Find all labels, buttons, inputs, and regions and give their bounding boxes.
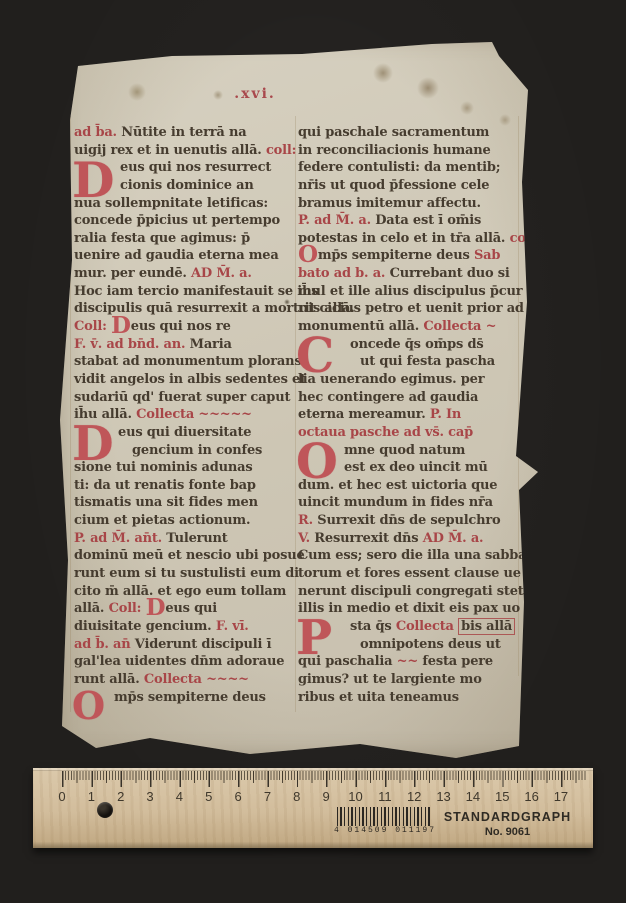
manuscript-line: F. v̄. ad bn̄d. an. Maria [74, 336, 296, 354]
ink-text: ti: da ut renatis fonte bap [74, 478, 256, 493]
rubric-text: col: [510, 231, 536, 246]
manuscript-line: dominū meū et nescio ubi posue [74, 547, 296, 565]
rubric-text: Collecta ~~~~ [144, 672, 249, 687]
ruler-number: 3 [146, 789, 153, 804]
ink-text: torum et fores essent clause ue [298, 566, 521, 581]
ink-text: Hoc iam tercio manifestauit se ih̄s [74, 284, 318, 299]
ink-text: potestas in celo et in tr̄a allā. [298, 231, 510, 246]
ruler-number: 1 [88, 789, 95, 804]
ruler-number: 13 [436, 789, 450, 804]
manuscript-line: gal'lea uidentes dn̄m adoraue [74, 653, 296, 671]
barcode [337, 807, 431, 826]
manuscript-line: runt eum si tu sustulisti eum di [74, 565, 296, 583]
rubric-text: P. ad M̄. a. [298, 213, 375, 228]
ruler-number: 8 [293, 789, 300, 804]
ink-text: est ex deo uincit mū [344, 460, 488, 475]
ink-text: diuisitate gencium. [74, 619, 216, 634]
ink-text: vidit angelos in albis sedentes et [74, 372, 306, 387]
rubric-text: ad b̄. an̄ [74, 637, 135, 652]
manuscript-line: bato ad b. a. Currebant duo si [298, 265, 520, 283]
manuscript-line: Deus qui nos resurrect [74, 159, 296, 177]
manuscript-line: mul et ille alius discipulus p̄cur [298, 283, 520, 301]
ink-text: lia uenerando egimus. per [298, 372, 484, 387]
rubric-text: ~~ [397, 654, 418, 669]
ink-text: mp̄s sempiterne deus [114, 690, 266, 705]
manuscript-line: cium et pietas actionum. [74, 512, 296, 530]
ink-text: nua sollempnitate letificas: [74, 196, 268, 211]
manuscript-line: hec contingere ad gaudia [298, 389, 520, 407]
manuscript-line: R. Surrexit dn̄s de sepulchro [298, 512, 520, 530]
manuscript-line: Omp̄s sempiterne deus Sab [298, 247, 520, 265]
ink-text: stabat ad monumentum plorans [74, 354, 302, 369]
ink-text: omnipotens deus ut [360, 637, 501, 652]
ruler-number: 16 [524, 789, 538, 804]
manuscript-line: cito m̄ allā. et ego eum tollam [74, 583, 296, 601]
ink-text: mul et ille alius discipulus p̄cur [298, 284, 522, 299]
rubric-text: ad b̄a. [74, 125, 121, 140]
ink-text: sione tui nominis adunas [74, 460, 253, 475]
ruler-number: 7 [264, 789, 271, 804]
manuscript-line: federe contulisti: da mentib; [298, 159, 520, 177]
ink-text: mur. per eundē. [74, 266, 191, 281]
ink-text: Maria [190, 337, 232, 352]
manuscript-line: torum et fores essent clause ue [298, 565, 520, 583]
ink-text: bramus imitemur affectu. [298, 196, 481, 211]
manuscript-line: Hoc iam tercio manifestauit se ih̄s [74, 283, 296, 301]
ink-text: mp̄s sempiterne deus [318, 248, 474, 263]
rubric-text: P. ad M̄. an̄t. [74, 531, 166, 546]
manuscript-line: lia uenerando egimus. per [298, 371, 520, 389]
manuscript-line: Coll: Deus qui nos re [74, 318, 296, 336]
manuscript-line: Cum ess; sero die illa una sabba [298, 547, 520, 565]
ink-text: gencium in confes [132, 443, 262, 458]
ink-text: ribus et uita teneamus [298, 690, 459, 705]
ink-text: festa pere [418, 654, 493, 669]
rubric-text: P. In [430, 407, 461, 422]
rubric-text: AD M̄. a. [191, 266, 252, 281]
ruler-number: 4 [176, 789, 183, 804]
manuscript-line: sione tui nominis adunas [74, 459, 296, 477]
ink-text: Resurrexit dn̄s [314, 531, 422, 546]
ruler-number: 6 [234, 789, 241, 804]
manuscript-line: Deus qui diuersitate [74, 424, 296, 442]
ruling-guide-line [70, 116, 71, 712]
manuscript-line: mur. per eundē. AD M̄. a. [74, 265, 296, 283]
manuscript-line: V. Resurrexit dn̄s AD M̄. a. [298, 530, 520, 548]
ink-text: Viderunt discipuli ī [135, 637, 272, 652]
ink-text: cito m̄ allā. et ego eum tollam [74, 584, 286, 599]
manuscript-line: gencium in confes [74, 442, 296, 460]
ink-text: Nūtite in terrā na [121, 125, 246, 140]
manuscript-line: concede p̄picius ut pertempo [74, 212, 296, 230]
ink-text: uenire ad gaudia eterna mea [74, 248, 279, 263]
ink-text: tismatis una sit fides men [74, 495, 258, 510]
manuscript-line: runt allā. Collecta ~~~~ [74, 671, 296, 689]
ink-text: cium et pietas actionum. [74, 513, 250, 528]
ruler-number: 17 [554, 789, 568, 804]
ink-text: eus qui nos re [131, 319, 231, 334]
manuscript-line: Psta q̄s Collecta bis allā [298, 618, 520, 636]
ink-text: eterna mereamur. [298, 407, 430, 422]
ink-text: allā. [74, 601, 109, 616]
ink-text: oncede q̄s om̄ps ds̄ [350, 337, 484, 352]
ink-text: eus qui nos resurrect [120, 160, 271, 175]
ruler-hanging-hole [97, 802, 113, 818]
manuscript-line: uenire ad gaudia eterna mea [74, 247, 296, 265]
ink-text: sta q̄s [350, 619, 396, 634]
ink-text: Currebant duo si [390, 266, 510, 281]
manuscript-line: in reconciliacionis humane [298, 142, 520, 160]
ruler-number: 14 [466, 789, 480, 804]
ruler-number: 11 [378, 789, 392, 804]
ink-text: eus qui [165, 601, 217, 616]
rubric-text: V. [298, 531, 314, 546]
manuscript-line: ti: da ut renatis fonte bap [74, 477, 296, 495]
manuscript-line: gimus? ut te largiente mo [298, 671, 520, 689]
ink-text: qui paschale sacramentum [298, 125, 489, 140]
ink-text: runt eum si tu sustulisti eum di [74, 566, 299, 581]
manuscript-line: est ex deo uincit mū [298, 459, 520, 477]
rubric-text: Sab [474, 248, 500, 263]
manuscript-line: qui paschalia ~~ festa pere [298, 653, 520, 671]
manuscript-line: ribus et uita teneamus [298, 689, 520, 707]
manuscript-line: potestas in celo et in tr̄a allā. col: [298, 230, 520, 248]
ink-text: uincit mundum in fides nr̄a [298, 495, 493, 510]
ink-text: sudariū qd' fuerat super caput [74, 390, 290, 405]
ruler-number: 10 [348, 789, 362, 804]
rubric-text: Coll: [109, 601, 146, 616]
ruler-number: 2 [117, 789, 124, 804]
manuscript-line: Omne quod natum [298, 442, 520, 460]
centimeter-ticks [62, 771, 586, 787]
rubric-text: F. v̄. ad bn̄d. an. [74, 337, 190, 352]
ink-text: gal'lea uidentes dn̄m adoraue [74, 654, 284, 669]
barcode-digits: 4 014509 011197 [331, 826, 439, 835]
ink-text: hec contingere ad gaudia [298, 390, 478, 405]
manuscript-line: ad b̄. an̄ Viderunt discipuli ī [74, 636, 296, 654]
boxed-text: bis allā [458, 618, 515, 635]
manuscript-line: tismatis una sit fides men [74, 494, 296, 512]
manuscript-line: ad b̄a. Nūtite in terrā na [74, 124, 296, 142]
manuscript-leaf: .xvi. ad b̄a. Nūtite in terrā nauigij re… [52, 32, 564, 760]
manuscript-line: diuisitate gencium. F. vī. [74, 618, 296, 636]
manuscript-line: eterna mereamur. P. In [298, 406, 520, 424]
ruler-number: 0 [58, 789, 65, 804]
manuscript-line: ut qui festa pascha [298, 353, 520, 371]
ink-text: qui paschalia [298, 654, 397, 669]
ink-text: Tulerunt [166, 531, 227, 546]
ink-text: ralia festa que agimus: p̄ [74, 231, 250, 246]
ruler-number: 5 [205, 789, 212, 804]
ruler-model-number: No. 9061 [435, 826, 580, 838]
rubric-text: R. [298, 513, 317, 528]
rubric-text: bato ad b. a. [298, 266, 390, 281]
measuring-ruler: 01234567891011121314151617 4 014509 0111… [33, 768, 593, 848]
manuscript-line: uincit mundum in fides nr̄a [298, 494, 520, 512]
manuscript-line: sudariū qd' fuerat super caput [74, 389, 296, 407]
ruler-brand-block: STANDARDGRAPH No. 9061 [435, 810, 580, 838]
ink-text: in reconciliacionis humane [298, 143, 491, 158]
ruler-brand-name: STANDARDGRAPH [435, 810, 580, 824]
ink-text: dominū meū et nescio ubi posue [74, 548, 305, 563]
manuscript-line: ralia festa que agimus: p̄ [74, 230, 296, 248]
ink-text: concede p̄picius ut pertempo [74, 213, 280, 228]
ink-text: cionis dominice an [120, 178, 254, 193]
manuscript-line: allā. Coll: Deus qui [74, 600, 296, 618]
ink-text: Data est ī om̄is [375, 213, 481, 228]
ink-text: gimus? ut te largiente mo [298, 672, 482, 687]
manuscript-line: P. ad M̄. an̄t. Tulerunt [74, 530, 296, 548]
illuminated-initial: O [72, 690, 105, 721]
manuscript-line: cionis dominice an [74, 177, 296, 195]
manuscript-line: Concede q̄s om̄ps ds̄ [298, 336, 520, 354]
ink-text: eus qui diuersitate [118, 425, 251, 440]
text-column-left: ad b̄a. Nūtite in terrā nauigij rex et i… [74, 124, 296, 706]
ink-text: federe contulisti: da mentib; [298, 160, 500, 175]
manuscript-line: Omp̄s sempiterne deus [74, 689, 296, 707]
manuscript-line: bramus imitemur affectu. [298, 195, 520, 213]
ink-text: dum. et hec est uictoria que [298, 478, 497, 493]
ink-text: Cum ess; sero die illa una sabba [298, 548, 526, 563]
ink-text: rit cicius petro et uenit prior ad [298, 301, 524, 316]
manuscript-line: rit cicius petro et uenit prior ad [298, 300, 520, 318]
manuscript-line: nr̄is ut quod p̄fessione cele [298, 177, 520, 195]
ink-text: ut qui festa pascha [360, 354, 495, 369]
ink-text: mne quod natum [344, 443, 465, 458]
rubric-text: Collecta ~ [423, 319, 496, 334]
photo-canvas: { "page": { "folio_number": ".xvi." }, "… [0, 0, 626, 903]
ruler-number: 9 [323, 789, 330, 804]
manuscript-line: nua sollempnitate letificas: [74, 195, 296, 213]
ruler-number: 12 [407, 789, 421, 804]
rubric-text: coll: [266, 143, 296, 158]
ink-text: Surrexit dn̄s de sepulchro [317, 513, 500, 528]
manuscript-line: qui paschale sacramentum [298, 124, 520, 142]
folio-number: .xvi. [210, 86, 300, 102]
rubric-text: Coll: [74, 319, 111, 334]
manuscript-line: dum. et hec est uictoria que [298, 477, 520, 495]
rubric-text: Collecta ~~~~~ [136, 407, 252, 422]
text-column-right: qui paschale sacramentumin reconciliacio… [298, 124, 520, 706]
manuscript-line: omnipotens deus ut [298, 636, 520, 654]
rubric-text: F. vī. [216, 619, 249, 634]
manuscript-line: vidit angelos in albis sedentes et [74, 371, 296, 389]
rubric-text: Collecta [396, 619, 458, 634]
ink-text: nerunt discipuli congregati stetit [298, 584, 534, 599]
ruler-number: 15 [495, 789, 509, 804]
manuscript-line: stabat ad monumentum plorans [74, 353, 296, 371]
manuscript-line: discipulis quā resurrexit a mortuis allā… [74, 300, 296, 318]
manuscript-line: nerunt discipuli congregati stetit [298, 583, 520, 601]
rubric-text: AD M̄. a. [423, 531, 484, 546]
manuscript-line: P. ad M̄. a. Data est ī om̄is [298, 212, 520, 230]
ink-text: nr̄is ut quod p̄fessione cele [298, 178, 489, 193]
